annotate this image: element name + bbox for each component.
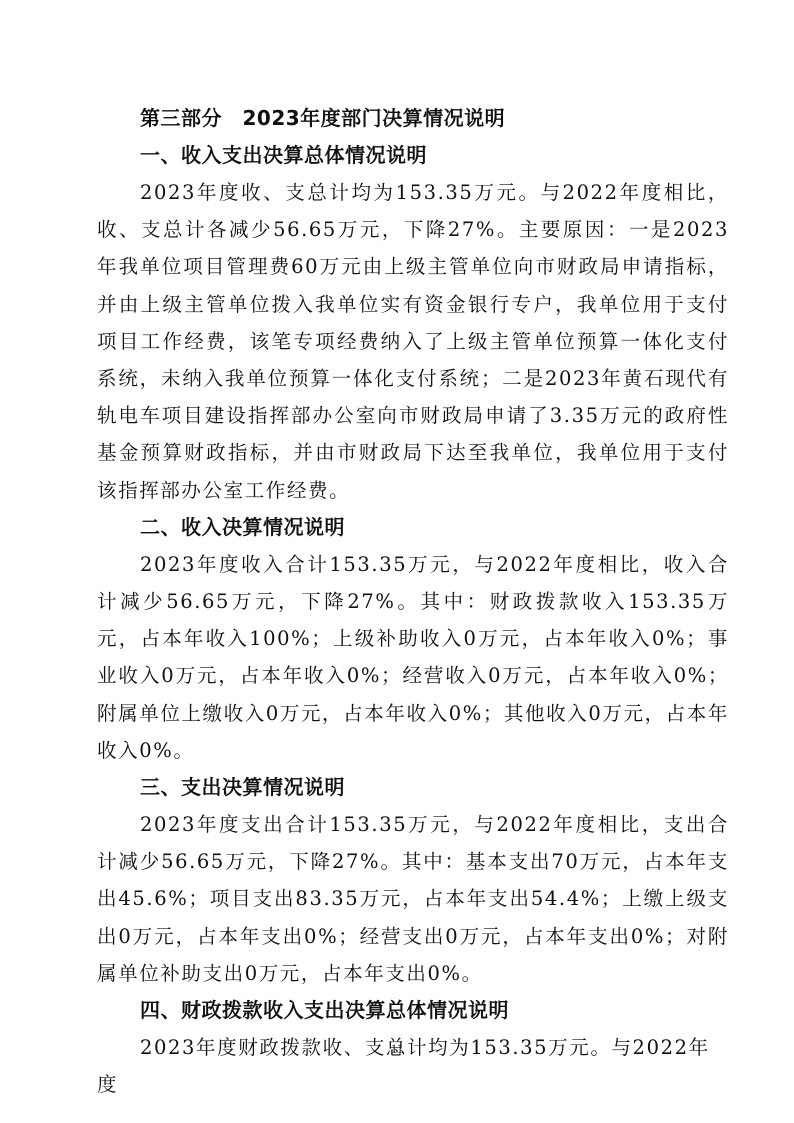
section-heading-3: 三、支出决算情况说明	[97, 769, 729, 806]
page-number: 11	[0, 1041, 794, 1057]
part-title: 第三部分 2023年度部门决算情况说明	[97, 100, 729, 137]
document-page: 第三部分 2023年度部门决算情况说明 一、收入支出决算总体情况说明 2023年…	[97, 100, 729, 1103]
section-heading-4: 四、财政拨款收入支出决算总体情况说明	[97, 992, 729, 1029]
section-body-3: 2023年度支出合计153.35万元，与2022年度相比，支出合计减少56.65…	[97, 806, 729, 992]
section-body-2: 2023年度收入合计153.35万元，与2022年度相比，收入合计减少56.65…	[97, 546, 729, 769]
section-heading-2: 二、收入决算情况说明	[97, 509, 729, 546]
section-heading-1: 一、收入支出决算总体情况说明	[97, 137, 729, 174]
section-body-1: 2023年度收、支总计均为153.35万元。与2022年度相比，收、支总计各减少…	[97, 174, 729, 509]
